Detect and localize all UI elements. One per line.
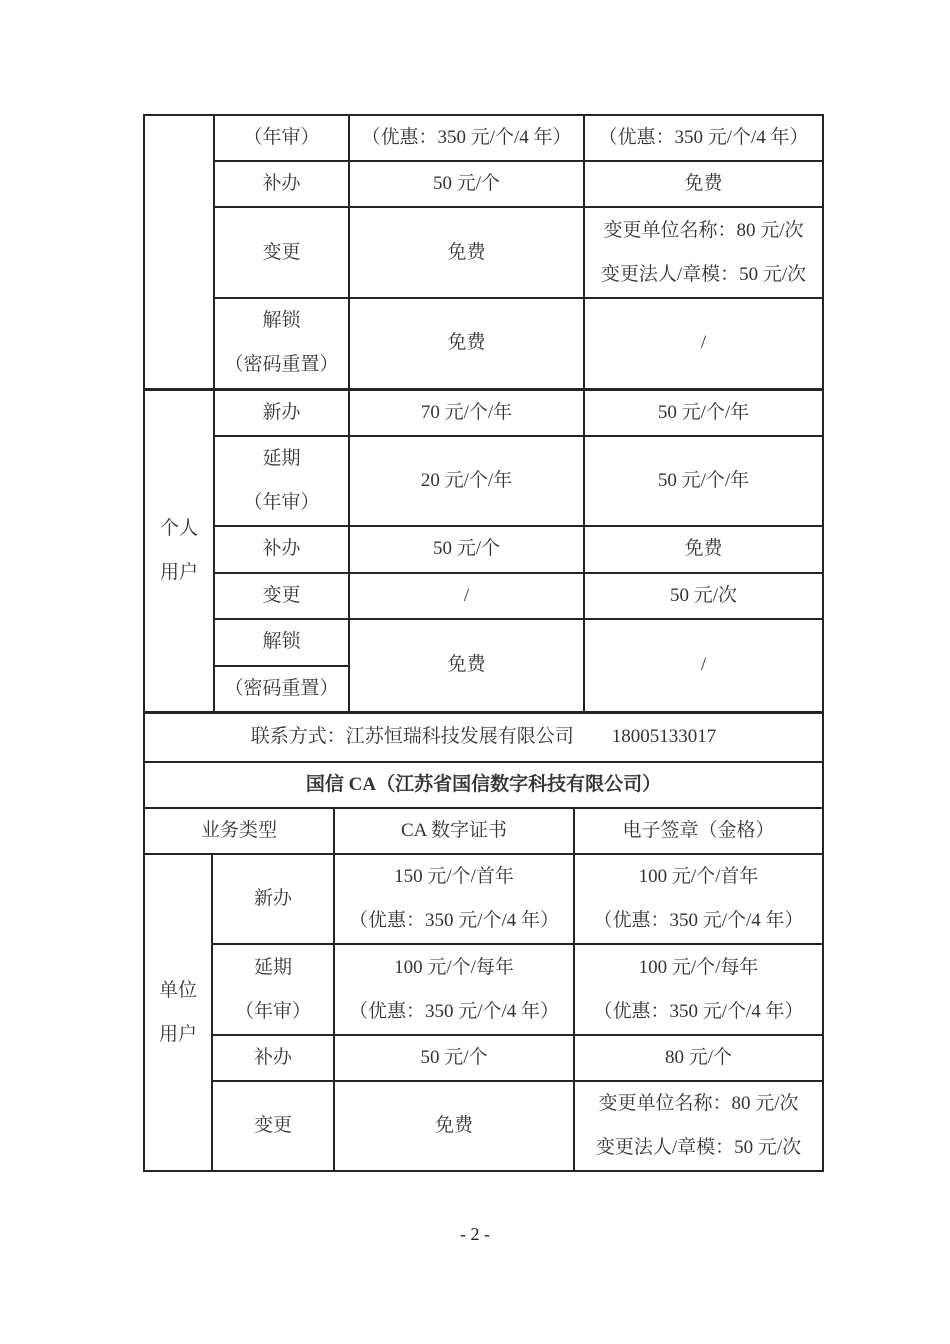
cell-esign-price: 50 元/次 [584,573,823,619]
cell-esign-price: 100 元/个/首年 （优惠：350 元/个/4 年） [574,854,823,944]
cell-op: 解锁 （密码重置） [214,298,349,389]
header-esign: 电子签章（金格） [574,808,823,854]
cell-op: 新办 [212,854,334,944]
cell-op: 变更 [214,573,349,619]
document-page: （年审） （优惠：350 元/个/4 年） （优惠：350 元/个/4 年） 补… [0,0,950,1344]
header-row: 业务类型 CA 数字证书 电子签章（金格） [144,808,823,854]
cell-esign-price: 80 元/个 [574,1035,823,1081]
cell-ca-price: 20 元/个/年 [349,436,584,526]
cell-esign-price: 50 元/个/年 [584,436,823,526]
cell-esign-price: 变更单位名称：80 元/次 变更法人/章模：50 元/次 [574,1081,823,1171]
cell-ca-price: 50 元/个 [334,1035,574,1081]
table-row: 变更 / 50 元/次 [144,573,823,619]
cell-ca-price: 免费 [349,298,584,389]
cell-ca-price: 50 元/个 [349,526,584,573]
cell-ca-price: 150 元/个/首年 （优惠：350 元/个/4 年） [334,854,574,944]
contact-info: 联系方式：江苏恒瑞科技发展有限公司 18005133017 [144,712,823,762]
header-business-type: 业务类型 [144,808,334,854]
cell-esign-price: 50 元/个/年 [584,389,823,436]
table-row: 补办 50 元/个 80 元/个 [144,1035,823,1081]
table-row: 变更 免费 变更单位名称：80 元/次 变更法人/章模：50 元/次 [144,1081,823,1171]
cell-op: 变更 [212,1081,334,1171]
pricing-table-provider1: （年审） （优惠：350 元/个/4 年） （优惠：350 元/个/4 年） 补… [143,114,824,809]
cell-op: 延期 （年审） [214,436,349,526]
cell-op: 补办 [212,1035,334,1081]
provider2-title: 国信 CA（江苏省国信数字科技有限公司） [144,762,823,808]
group-label-personal: 个人 用户 [144,389,214,712]
table-row: 单位 用户 新办 150 元/个/首年 （优惠：350 元/个/4 年） 100… [144,854,823,944]
provider2-title-row: 国信 CA（江苏省国信数字科技有限公司） [144,762,823,808]
cell-op: 补办 [214,161,349,207]
cell-ca-price: （优惠：350 元/个/4 年） [349,115,584,161]
group-label-carryover [144,115,214,389]
table-row: 延期 （年审） 100 元/个/每年 （优惠：350 元/个/4 年） 100 … [144,944,823,1035]
cell-ca-price: 100 元/个/每年 （优惠：350 元/个/4 年） [334,944,574,1035]
header-ca-cert: CA 数字证书 [334,808,574,854]
page-number: - 2 - [0,1224,950,1245]
table-row: 补办 50 元/个 免费 [144,526,823,573]
cell-esign-price: 免费 [584,161,823,207]
table-row: 补办 50 元/个 免费 [144,161,823,207]
table-row: 变更 免费 变更单位名称：80 元/次 变更法人/章模：50 元/次 [144,207,823,298]
pricing-tables: （年审） （优惠：350 元/个/4 年） （优惠：350 元/个/4 年） 补… [143,114,822,1172]
cell-esign-price: / [584,298,823,389]
cell-ca-price: 70 元/个/年 [349,389,584,436]
cell-esign-price: 变更单位名称：80 元/次 变更法人/章模：50 元/次 [584,207,823,298]
table-row: （年审） （优惠：350 元/个/4 年） （优惠：350 元/个/4 年） [144,115,823,161]
cell-ca-price: / [349,573,584,619]
cell-esign-price: （优惠：350 元/个/4 年） [584,115,823,161]
cell-op: 延期 （年审） [212,944,334,1035]
cell-op: 变更 [214,207,349,298]
cell-ca-price: 免费 [349,207,584,298]
table-row: 解锁 （密码重置） 免费 / [144,298,823,389]
group-label-unit: 单位 用户 [144,854,212,1171]
cell-op: （密码重置） [214,666,349,713]
cell-op: （年审） [214,115,349,161]
cell-ca-price: 免费 [349,619,584,713]
cell-esign-price: 100 元/个/每年 （优惠：350 元/个/4 年） [574,944,823,1035]
cell-ca-price: 免费 [334,1081,574,1171]
table-row: 个人 用户 新办 70 元/个/年 50 元/个/年 [144,389,823,436]
pricing-table-provider2: 业务类型 CA 数字证书 电子签章（金格） 单位 用户 新办 150 元/个/首… [143,807,824,1172]
cell-ca-price: 50 元/个 [349,161,584,207]
cell-op: 补办 [214,526,349,573]
table-row: 延期 （年审） 20 元/个/年 50 元/个/年 [144,436,823,526]
cell-op: 解锁 [214,619,349,666]
contact-row: 联系方式：江苏恒瑞科技发展有限公司 18005133017 [144,712,823,762]
cell-esign-price: / [584,619,823,713]
cell-op: 新办 [214,389,349,436]
table-row: 解锁 免费 / [144,619,823,666]
cell-esign-price: 免费 [584,526,823,573]
